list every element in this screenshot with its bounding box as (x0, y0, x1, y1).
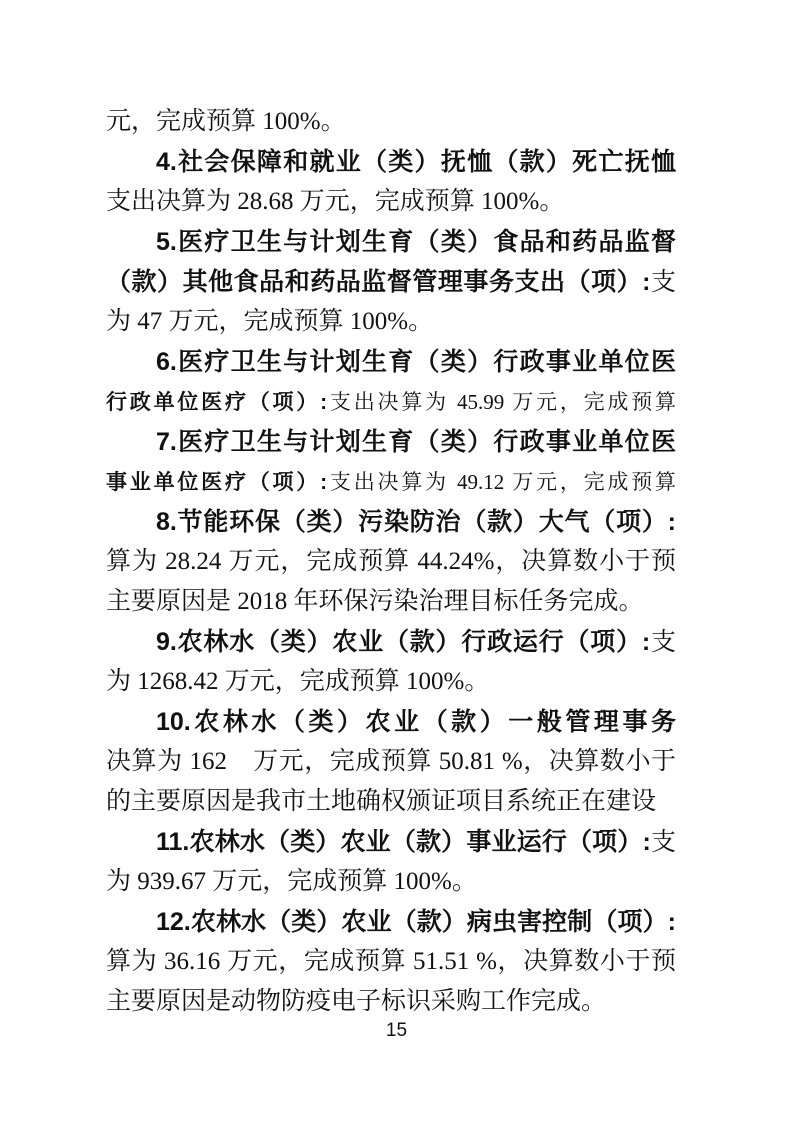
heading-text: 11.农林水（类）农业（款）事业运行（项）: (156, 828, 651, 856)
text-line: 7.医疗卫生与计划生育（类）行政事业单位医疗（款） (106, 422, 676, 462)
text-line: 元，完成预算 100%。 (106, 102, 676, 142)
text-line: 算为 36.16 万元，完成预算 51.51 %，决算数小于预算数的 (106, 942, 676, 982)
text-line: 9.农林水（类）农业（款）行政运行（项）:支出决算 (106, 622, 676, 662)
body-text: 算为 36.16 万元，完成预算 51.51 %，决算数小于预算数的 (106, 948, 676, 982)
body-text: 支出决算为 28.68 万元，完成预算 100%。 (106, 188, 564, 215)
text-line: 主要原因是动物防疫电子标识采购工作完成。 (106, 982, 676, 1022)
text-line: 主要原因是 2018 年环保污染治理目标任务完成。 (106, 582, 676, 622)
text-line: 为 47 万元，完成预算 100%。 (106, 302, 676, 342)
heading-text: 5.医疗卫生与计划生育（类）食品和药品监督管理事务 (106, 228, 676, 262)
document-page: 元，完成预算 100%。4.社会保障和就业（类）抚恤（款）死亡抚恤（项）:支出决… (0, 0, 793, 1122)
heading-text: 4.社会保障和就业（类）抚恤（款）死亡抚恤（项）: (106, 148, 676, 182)
text-line: 为 939.67 万元，完成预算 100%。 (106, 862, 676, 902)
heading-text: 12.农林水（类）农业（款）病虫害控制（项）: (156, 908, 676, 936)
heading-text: 行政单位医疗（项）: (106, 391, 327, 414)
text-line: 8.节能环保（类）污染防治（款）大气（项）:支出决 (106, 502, 676, 542)
heading-text: 9.农林水（类）农业（款）行政运行（项）: (156, 628, 650, 656)
text-line: 4.社会保障和就业（类）抚恤（款）死亡抚恤（项）: (106, 142, 676, 182)
heading-text: 事业单位医疗（项）: (106, 471, 327, 494)
text-line: 行政单位医疗（项）:支出决算为 45.99 万元，完成预算 100%。 (106, 382, 676, 422)
body-text: 主要原因是动物防疫电子标识采购工作完成。 (106, 988, 606, 1015)
body-text: 为 939.67 万元，完成预算 100%。 (106, 868, 477, 895)
text-line: 为 1268.42 万元，完成预算 100%。 (106, 662, 676, 702)
body-text: 为 1268.42 万元，完成预算 100%。 (106, 668, 489, 695)
text-line: 事业单位医疗（项）:支出决算为 49.12 万元，完成预算 100%。 (106, 462, 676, 502)
body-text: 主要原因是 2018 年环保污染治理目标任务完成。 (106, 588, 644, 615)
body-text: 为 47 万元，完成预算 100%。 (106, 308, 433, 335)
body-text: 的主要原因是我市土地确权颁证项目系统正在建设中。 (106, 788, 656, 822)
heading-text: 7.医疗卫生与计划生育（类）行政事业单位医疗（款） (106, 428, 676, 462)
body-text: 元，完成预算 100%。 (106, 108, 346, 135)
text-line: 10.农林水（类）农业（款）一般管理事务（项）:支出 (106, 702, 676, 742)
heading-text: 10.农林水（类）农业（款）一般管理事务（项）: (106, 708, 676, 742)
text-line: 算为 28.24 万元，完成预算 44.24%，决算数小于预算数的 (106, 542, 676, 582)
text-line: 6.医疗卫生与计划生育（类）行政事业单位医疗（款） (106, 342, 676, 382)
text-line: 5.医疗卫生与计划生育（类）食品和药品监督管理事务 (106, 222, 676, 262)
heading-text: 6.医疗卫生与计划生育（类）行政事业单位医疗（款） (106, 348, 676, 382)
page-number: 15 (0, 1020, 793, 1042)
body-text: 算为 28.24 万元，完成预算 44.24%，决算数小于预算数的 (106, 548, 676, 582)
text-line: 支出决算为 28.68 万元，完成预算 100%。 (106, 182, 676, 222)
text-line: 决算为 162 万元，完成预算 50.81 %，决算数小于预算数 (106, 742, 676, 782)
heading-text: 8.节能环保（类）污染防治（款）大气（项）: (156, 508, 676, 536)
text-line: 的主要原因是我市土地确权颁证项目系统正在建设中。 (106, 782, 676, 822)
text-line: 12.农林水（类）农业（款）病虫害控制（项）:支出决 (106, 902, 676, 942)
document-lines: 元，完成预算 100%。4.社会保障和就业（类）抚恤（款）死亡抚恤（项）:支出决… (106, 102, 676, 1022)
text-line: （款）其他食品和药品监督管理事务支出（项）:支出决算 (106, 262, 676, 302)
text-line: 11.农林水（类）农业（款）事业运行（项）:支出决算 (106, 822, 676, 862)
heading-text: （款）其他食品和药品监督管理事务支出（项）: (106, 268, 650, 296)
body-text: 决算为 162 万元，完成预算 50.81 %，决算数小于预算数 (106, 748, 676, 782)
